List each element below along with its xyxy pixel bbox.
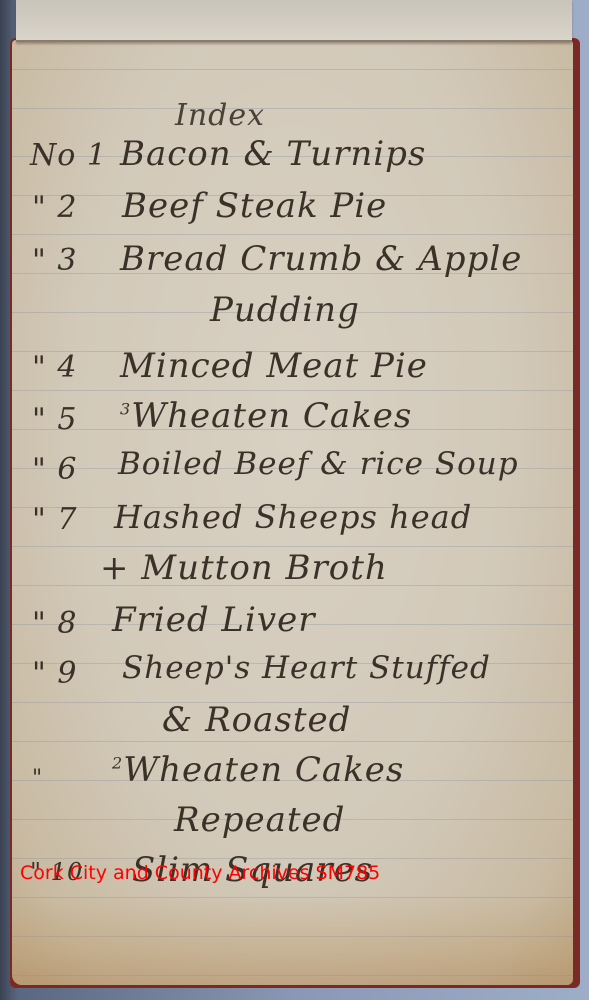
entry-number: " 3 (32, 243, 77, 278)
entry-title: Sheep's Heart Stuffed (122, 650, 491, 686)
entry-title: Minced Meat Pie (120, 346, 428, 386)
entry-title-continued: Repeated (174, 800, 345, 840)
entry-number: " 4 (32, 350, 77, 385)
archive-watermark: Cork City and County Archives SM785 (20, 862, 380, 884)
entry-number: " 5 (32, 402, 77, 437)
entry-title: Bread Crumb & Apple (120, 239, 522, 279)
notebook-page: Index No 1 Bacon & Turnips " 2 Beef Stea… (12, 40, 573, 985)
entry-number: " 8 (32, 606, 77, 641)
entry-title-text: Wheaten Cakes (131, 396, 412, 436)
entry-title: Fried Liver (112, 600, 315, 640)
entry-number: " 2 (32, 190, 77, 225)
entry-number: " 6 (32, 452, 77, 487)
quantity-prefix: 2 (112, 754, 123, 773)
quantity-prefix: 3 (120, 400, 131, 419)
entry-title: Hashed Sheeps head (114, 498, 472, 536)
entry-title-text: Wheaten Cakes (123, 750, 404, 790)
entry-title-continued: + Mutton Broth (100, 548, 388, 588)
entry-number: " 9 (32, 656, 77, 691)
entry-number: No 1 (30, 138, 107, 173)
previous-page-flap (16, 0, 572, 42)
paper-stain (12, 895, 573, 985)
entry-number: " 7 (32, 502, 77, 537)
entry-number: " (32, 766, 43, 791)
page-title: Index (175, 98, 265, 133)
entry-title-continued: & Roasted (162, 700, 351, 740)
entry-title: Beef Steak Pie (122, 186, 387, 226)
entry-title-continued: Pudding (210, 290, 360, 330)
entry-title: Bacon & Turnips (120, 134, 426, 174)
entry-title: 2Wheaten Cakes (112, 750, 404, 790)
entry-title: 3Wheaten Cakes (120, 396, 412, 436)
entry-title: Boiled Beef & rice Soup (118, 446, 519, 482)
